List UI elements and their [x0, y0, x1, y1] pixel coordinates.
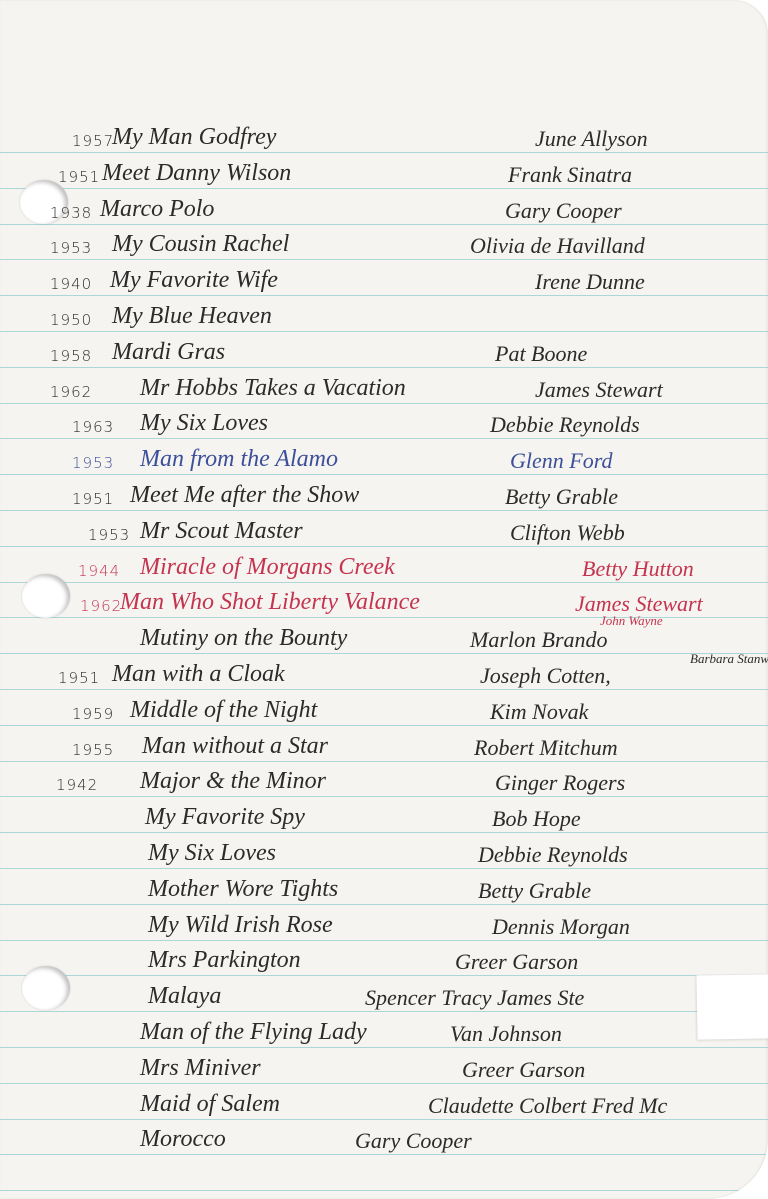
entry-year: 1940 [50, 275, 92, 293]
entry-actor: Joseph Cotten, [480, 663, 611, 689]
movie-entry: My Six Loves Debbie Reynolds [0, 838, 768, 872]
movie-entry: Mrs Parkington Greer Garson [0, 945, 768, 979]
entry-year: 1953 [72, 454, 114, 472]
entry-title: Morocco [140, 1126, 226, 1153]
entry-actor: Clifton Webb [510, 520, 625, 546]
entry-actor: Marlon Brando [470, 627, 608, 653]
entry-actor: James Stewart [535, 377, 663, 403]
movie-entry: 1953 Man from the Alamo Glenn Ford [0, 444, 768, 478]
movie-entry: 1942 Major & the Minor Ginger Rogers [0, 766, 768, 800]
entry-title: Mr Scout Master [140, 518, 303, 545]
movie-entry: 1953 My Cousin Rachel Olivia de Havillan… [0, 229, 768, 263]
entry-year: 1958 [50, 347, 92, 365]
entry-title: Man of the Flying Lady [140, 1019, 367, 1046]
movie-entry: Maid of Salem Claudette Colbert Fred Mc [0, 1089, 768, 1123]
entry-year: 1962 [50, 383, 92, 401]
entry-title: My Six Loves [148, 840, 276, 867]
entry-year: 1942 [56, 776, 98, 794]
entry-actor: June Allyson [535, 126, 648, 152]
entry-title: Maid of Salem [140, 1091, 280, 1118]
entry-title: My Favorite Spy [145, 804, 305, 831]
entry-title: Mardi Gras [112, 339, 225, 366]
entry-year: 1950 [50, 311, 92, 329]
entry-actor: Robert Mitchum [474, 735, 618, 761]
entry-year: 1953 [88, 526, 130, 544]
movie-entry: 1944 Miracle of Morgans Creek Betty Hutt… [0, 552, 768, 586]
entry-title: Malaya [148, 983, 221, 1010]
entry-title: Major & the Minor [140, 768, 326, 795]
movie-entry: My Favorite Spy Bob Hope [0, 802, 768, 836]
entry-title: Marco Polo [100, 196, 214, 223]
movie-entry: Man of the Flying Lady Van Johnson [0, 1017, 768, 1051]
entry-actor: Glenn Ford [510, 448, 612, 474]
movie-entry: 1940 My Favorite Wife Irene Dunne [0, 265, 768, 299]
entry-actor: Spencer Tracy James Ste [365, 985, 584, 1011]
entry-year: 1951 [72, 490, 114, 508]
movie-entry: Malaya Spencer Tracy James Ste [0, 981, 768, 1015]
entry-year: 1959 [72, 705, 114, 723]
movie-entry: 1953 Mr Scout Master Clifton Webb [0, 516, 768, 550]
entry-title: Middle of the Night [130, 697, 317, 724]
entry-title: Man with a Cloak [112, 661, 285, 688]
movie-entry: 1950 My Blue Heaven [0, 301, 768, 335]
entry-year: 1951 [58, 168, 100, 186]
movie-entry: Morocco Gary Cooper [0, 1124, 768, 1158]
index-card: 1957 My Man Godfrey June Allyson 1951 Me… [0, 0, 768, 1199]
entry-actor: Van Johnson [450, 1021, 562, 1047]
movie-entry: 1938 Marco Polo Gary Cooper [0, 194, 768, 228]
entry-actor: Greer Garson [462, 1057, 585, 1083]
entry-year: 1963 [72, 418, 114, 436]
movie-entry: 1951 Meet Me after the Show Betty Grable [0, 480, 768, 514]
entry-actor: Greer Garson [455, 949, 578, 975]
movie-entry: 1955 Man without a Star Robert Mitchum [0, 731, 768, 765]
entry-actor: Frank Sinatra [508, 162, 632, 188]
entry-year: 1944 [78, 562, 120, 580]
movie-entry: Mother Wore Tights Betty Grable [0, 874, 768, 908]
movie-entry: 1959 Middle of the Night Kim Novak [0, 695, 768, 729]
entry-actor-note: Barbara Stanwick [690, 651, 768, 667]
entry-title: Mutiny on the Bounty [140, 625, 347, 652]
entry-title: My Wild Irish Rose [148, 912, 333, 939]
entry-actor: Ginger Rogers [495, 770, 625, 796]
entry-title: Meet Me after the Show [130, 482, 359, 509]
movie-entry: 1951 Meet Danny Wilson Frank Sinatra [0, 158, 768, 192]
movie-entry: Mutiny on the Bounty Marlon Brando [0, 623, 768, 657]
entry-title: Mother Wore Tights [148, 876, 338, 903]
movie-entry: 1957 My Man Godfrey June Allyson [0, 122, 768, 156]
entry-actor: Kim Novak [490, 699, 588, 725]
entry-actor: Bob Hope [492, 806, 581, 832]
entry-title: Mrs Miniver [140, 1055, 261, 1082]
entry-title: Man from the Alamo [140, 446, 338, 473]
movie-entry: Mrs Miniver Greer Garson [0, 1053, 768, 1087]
entry-title: Miracle of Morgans Creek [140, 554, 395, 581]
entry-actor: Claudette Colbert Fred Mc [428, 1093, 667, 1119]
entry-title: My Favorite Wife [110, 267, 278, 294]
movie-entry: 1958 Mardi Gras Pat Boone [0, 337, 768, 371]
entry-actor: Betty Grable [478, 878, 591, 904]
entry-actor: Debbie Reynolds [490, 412, 640, 438]
entry-title: Mrs Parkington [148, 947, 301, 974]
entry-title: My Man Godfrey [112, 124, 276, 151]
entry-actor: Debbie Reynolds [478, 842, 628, 868]
entry-title: Man Who Shot Liberty Valance [120, 589, 420, 616]
entry-actor: Dennis Morgan [492, 914, 630, 940]
entry-year: 1938 [50, 204, 92, 222]
entry-title: My Cousin Rachel [112, 231, 289, 258]
movie-entry: 1962 Mr Hobbs Takes a Vacation James Ste… [0, 373, 768, 407]
ruled-line [0, 1190, 768, 1191]
movie-entry: My Wild Irish Rose Dennis Morgan [0, 910, 768, 944]
movie-entry: 1951 Man with a Cloak Joseph Cotten, Bar… [0, 659, 768, 693]
entry-title: My Blue Heaven [112, 303, 272, 330]
entry-title: Mr Hobbs Takes a Vacation [140, 375, 406, 402]
entry-actor: Betty Grable [505, 484, 618, 510]
entry-actor: Olivia de Havilland [470, 233, 645, 259]
entry-title: Meet Danny Wilson [102, 160, 291, 187]
entry-title: My Six Loves [140, 410, 268, 437]
entry-actor: Irene Dunne [535, 269, 645, 295]
entry-title: Man without a Star [142, 733, 328, 760]
entry-year: 1951 [58, 669, 100, 687]
entry-actor: Pat Boone [495, 341, 587, 367]
entry-year: 1962 [80, 597, 122, 615]
entry-year: 1957 [72, 132, 114, 150]
paper-patch [696, 973, 768, 1039]
movie-entry: 1963 My Six Loves Debbie Reynolds [0, 408, 768, 442]
movie-entry: 1962 Man Who Shot Liberty Valance James … [0, 587, 768, 621]
entry-actor: Gary Cooper [355, 1128, 472, 1154]
entry-actor: Gary Cooper [505, 198, 622, 224]
entry-year: 1953 [50, 239, 92, 257]
entry-year: 1955 [72, 741, 114, 759]
entry-actor: Betty Hutton [582, 556, 694, 582]
